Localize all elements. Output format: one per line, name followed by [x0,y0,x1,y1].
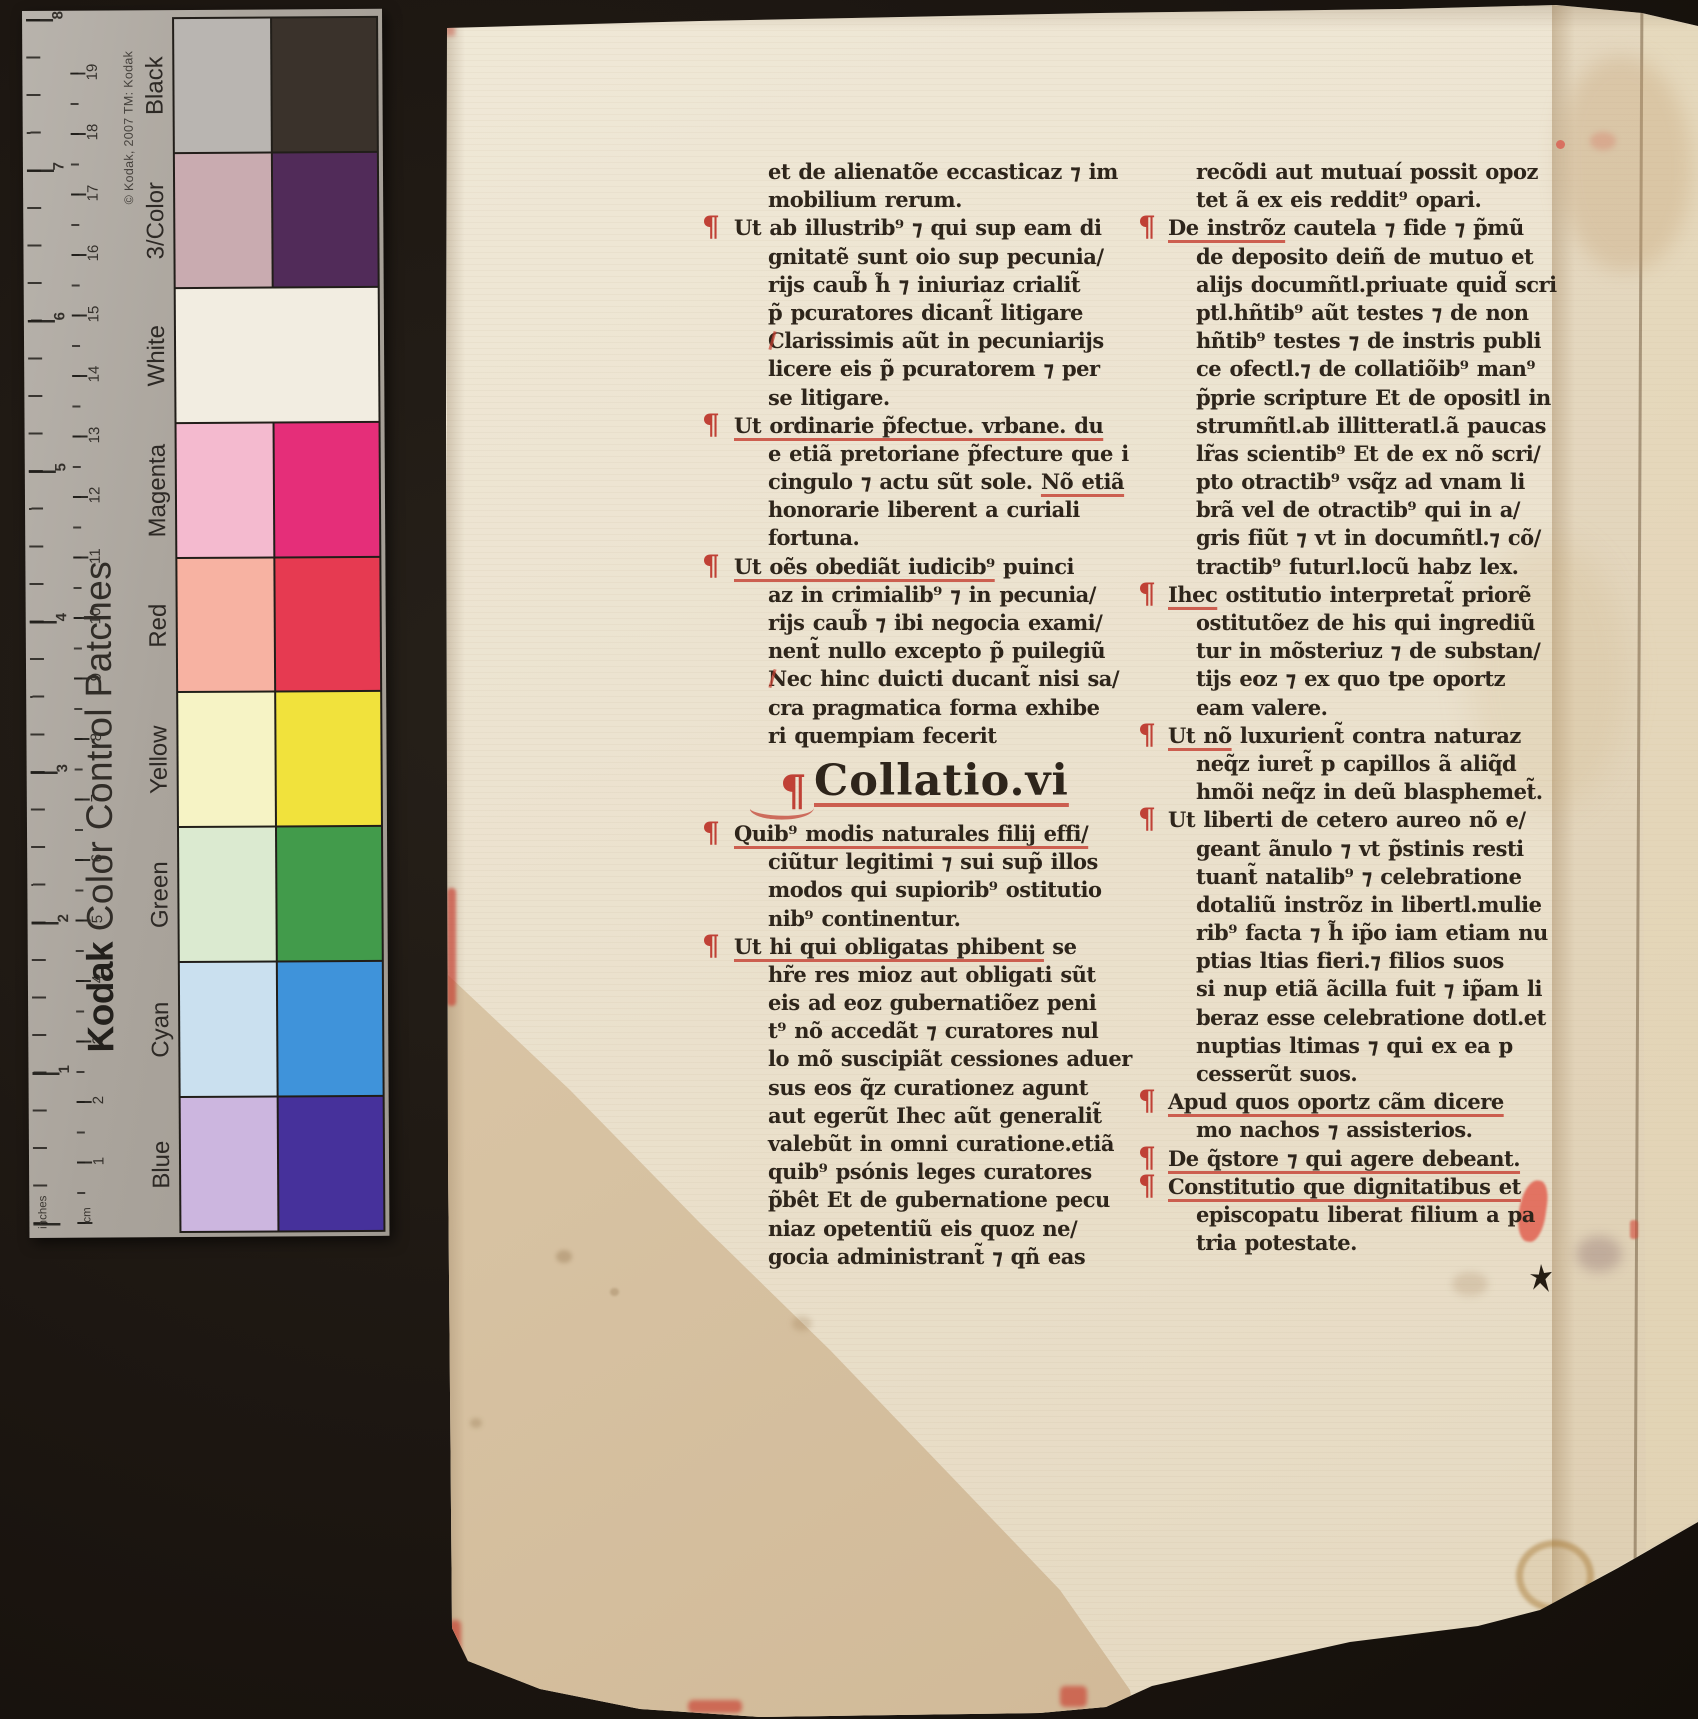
patch-red-solid [275,557,380,691]
text-line: ¶Quib⁹ modis naturales filij effi/ [702,820,1077,848]
rubricated-text: Ihec [1168,582,1217,607]
line-text: mobilium rerum. [768,187,962,212]
text-line: quib⁹ psónis leges curatores [702,1158,1077,1186]
paragraph-mark: ¶ [1138,1144,1155,1172]
line-text: ciũtur legitimi ⁊ sui sup̃ illos [768,849,1098,874]
line-text: niaz opetentiũ eis quoz ne/ [768,1216,1077,1241]
row-label-yellow: Yellow [144,693,175,826]
text-line: si nup etiã ãcilla fuit ⁊ ip̃am li [1138,975,1538,1003]
line-text: rijs caub̃ h̃ ⁊ iniuriaz crialit̃ [768,272,1080,297]
ink-splat [1530,1264,1552,1292]
line-text: Nec hinc duicti ducant̃ nisi sa/ [768,666,1119,691]
brand-rest: Color Control Patches [77,561,120,942]
text-line: ¶Apud quos oportz cãm dicere [1138,1088,1538,1116]
text-line: gocia administrant̃ ⁊ qñ eas [702,1243,1077,1271]
text-line: fortuna. [702,524,1077,552]
line-text: lr̃as scientib⁹ Et de ex nõ scri/ [1196,441,1540,466]
inch-number: 2 [55,906,72,930]
inch-number: 5 [52,455,69,479]
text-line: hmõi neq̃z in deũ blasphemet̃. [1138,778,1538,806]
text-line: rib⁹ facta ⁊ h̃ ip̃o iam etiam nu [1138,919,1538,947]
text-line: episcopatu liberat filium a pa [1138,1201,1538,1229]
line-text: Clarissimis aũt in pecuniarijs [768,328,1104,353]
line-text: p̃prie scripture Et de opositl in [1196,385,1551,410]
red-ink-mark [1630,1220,1638,1239]
text-line: nib⁹ continentur. [702,905,1077,933]
cm-number: 18 [84,120,101,144]
line-text: rib⁹ facta ⁊ h̃ ip̃o iam etiam nu [1196,920,1548,945]
text-line: mobilium rerum. [702,186,1077,214]
text-line: cingulo ⁊ actu sũt sole. Nõ etiã [702,468,1077,496]
line-text: hr̃e res mioz aut obligati sũt [768,962,1096,987]
text-line: ciũtur legitimi ⁊ sui sup̃ illos [702,848,1077,876]
text-line: eis ad eoz gubernatiõez peni [702,989,1077,1017]
red-edge-smear [449,1620,461,1662]
rubricated-text: De q̃store ⁊ qui agere debeant. [1168,1146,1520,1171]
line-text: eam valere. [1196,695,1327,720]
line-text: recõdi aut mutuaí possit opoz [1196,159,1538,184]
inch-number: 1 [56,1057,73,1081]
text-line: Nec hinc duicti ducant̃ nisi sa/ [702,665,1077,693]
patch-black-tint [174,18,271,151]
inch-number: 8 [49,3,66,27]
color-row-blue [181,1097,384,1231]
text-line: cesserũt suos. [1138,1060,1538,1088]
patch-red-tint [177,558,274,691]
rubricated-text: Apud quos oportz cãm dicere [1168,1089,1504,1114]
line-text: gris fiũt ⁊ vt in documñtl.⁊ cõ/ [1196,525,1541,550]
row-label-red: Red [143,559,174,692]
collatio-heading: ¶Collatio.vi [702,750,1077,820]
rubricated-text: Ut nõ [1168,723,1232,748]
text-line: hñtib⁹ testes ⁊ de instris publi [1138,327,1538,355]
paragraph-mark: ¶ [1138,580,1155,608]
ring-stain [1516,1540,1594,1612]
row-label-magenta: Magenta [143,424,174,557]
brown-spot [1452,1272,1488,1296]
text-line: rijs caub̃ h̃ ⁊ iniuriaz crialit̃ [702,271,1077,299]
text-column-right: recõdi aut mutuaí possit opoztet ã ex ei… [1138,158,1538,1257]
line-text: ostitutio interpretat̃ priorẽ [1217,582,1531,607]
inch-number: 7 [50,154,67,178]
row-label-cyan: Cyan [146,963,177,1096]
line-text: sus eos q̃z curationez agunt [768,1075,1088,1100]
text-line: tria potestate. [1138,1229,1538,1257]
text-line: p̃ pcuratores dicant̃ litigare [702,299,1077,327]
paragraph-mark: ¶ [702,932,719,960]
color-row-black [174,18,377,152]
patch-magenta-solid [275,423,380,557]
text-line: strumñtl.ab illitteratl.ã paucas [1138,412,1538,440]
cm-scale-numbers: 12345678910111213141516171819 [22,9,382,11]
row-label-green: Green [145,828,176,961]
cm-number: 2 [90,1088,107,1112]
line-text: gocia administrant̃ ⁊ qñ eas [768,1244,1085,1269]
text-line: rijs caub̃ ⁊ ibi negocia exami/ [702,609,1077,637]
rubricated-text: Ut ordinarie p̃fectue. vrbane. du [734,413,1103,438]
color-row-yellow [178,692,381,826]
line-text: ce ofectl.⁊ de collatiõib⁹ man⁹ [1196,356,1535,381]
color-row-magenta [177,423,380,557]
red-edge-smear [447,888,456,1006]
brown-spot [556,1250,572,1263]
text-line: ¶Constitutio que dignitatibus et [1138,1173,1538,1201]
heading-text: Collatio.vi [814,756,1069,806]
color-row-red [177,557,380,691]
cm-number: 17 [85,181,102,205]
line-text: et de alienatõe eccasticaz ⁊ im [768,159,1118,184]
line-text: e etiã pretoriane p̃fecture que i [768,441,1129,466]
line-text: p̃ pcuratores dicant̃ litigare [768,300,1083,325]
text-line: nuptias ltimas ⁊ qui ex ea p [1138,1032,1538,1060]
paragraph-mark: ¶ [702,411,719,439]
line-text: az in crimialib⁹ ⁊ in pecunia/ [768,582,1096,607]
text-line: geant ãnulo ⁊ vt p̃stinis resti [1138,835,1538,863]
line-text: beraz esse celebratione dotl.et [1196,1005,1546,1030]
cm-number: 13 [86,423,103,447]
line-text: nib⁹ continentur. [768,906,961,931]
line-text: se litigare. [768,385,890,410]
text-line: p̃bêt Et de gubernatione pecu [702,1186,1077,1214]
text-line: pto otractib⁹ vsq̃z ad vnam li [1138,468,1538,496]
line-text: ri quempiam fecerit [768,723,996,748]
text-line: ¶Ut hi qui obligatas phibent se [702,933,1077,961]
line-text: aut egerũt Ihec aũt generalit̃ [768,1103,1102,1128]
red-ink-dot [1556,140,1565,149]
line-text: dotaliũ instrõz in libertl.mulie [1196,892,1542,917]
line-text: fortuna. [768,525,859,550]
inch-number: 4 [53,605,70,629]
text-line: ¶Ut ab illustrib⁹ ⁊ qui sup eam di [702,214,1077,242]
line-text: alijs documñtl.priuate quid̃ scri [1196,272,1557,297]
line-text: ptias ltias fieri.⁊ filios suos [1196,948,1504,973]
line-text: neq̃z iuret̃ p capillos ã aliq̃d [1196,751,1516,776]
color-row-cyan [180,962,383,1096]
brown-spot [470,1418,482,1428]
cm-number: 12 [86,483,103,507]
line-text: tuant̃ natalib⁹ ⁊ celebratione [1196,864,1521,889]
patch-yellow-tint [178,693,275,826]
inch-number: 3 [54,756,71,780]
patch-cyan-tint [180,963,277,1096]
line-text: si nup etiã ãcilla fuit ⁊ ip̃am li [1196,976,1542,1001]
cm-number: 19 [84,60,101,84]
text-line: ¶De instrõz cautela ⁊ fide ⁊ p̃mũ [1138,214,1538,242]
text-line: gnitatẽ sunt oio sup pecunia/ [702,243,1077,271]
line-text: luxurient̃ contra naturaz [1232,723,1521,748]
patch-blue-solid [279,1097,384,1231]
kodak-color-card: 12345678 12345678910111213141516171819 i… [22,9,389,1238]
patch-white [176,288,379,422]
text-line: dotaliũ instrõz in libertl.mulie [1138,891,1538,919]
patch-yellow-solid [276,692,381,826]
left-edge-shading [447,24,465,1654]
cm-number: 14 [86,362,103,386]
line-text: tria potestate. [1196,1230,1357,1255]
patch-3-color-solid [273,153,378,287]
color-row-green [179,827,382,961]
line-text: cra pragmatica forma exhibe [768,695,1099,720]
red-edge-smear [1060,1686,1087,1707]
text-line: Clarissimis aũt in pecuniarijs [702,327,1077,355]
text-column-left: et de alienatõe eccasticaz ⁊ immobilium … [702,158,1077,1271]
text-line: neq̃z iuret̃ p capillos ã aliq̃d [1138,750,1538,778]
text-line: alijs documñtl.priuate quid̃ scri [1138,271,1538,299]
top-edge-shading [447,4,1687,30]
line-text: episcopatu liberat filium a pa [1196,1202,1535,1227]
paragraph-mark: ¶ [1138,721,1155,749]
scan-canvas: 12345678 12345678910111213141516171819 i… [0,0,1698,1719]
text-line: e etiã pretoriane p̃fecture que i [702,440,1077,468]
paragraph-mark: ¶ [1138,213,1155,241]
paragraph-mark: ¶ [1138,805,1155,833]
text-line: mo nachos ⁊ assisterios. [1138,1116,1538,1144]
patch-grid [172,16,385,1233]
text-line: az in crimialib⁹ ⁊ in pecunia/ [702,581,1077,609]
text-line: valebũt in omni curatione.etiã [702,1130,1077,1158]
text-line: tet ã ex eis reddit⁹ opari. [1138,186,1538,214]
line-text: ostitutõez de his qui ingrediũ [1196,610,1535,635]
line-text: nent̃ nullo excepto p̃ puilegiũ [768,638,1105,663]
paragraph-mark: ¶ [702,213,719,241]
text-line: tur in mõsteriuz ⁊ de substan/ [1138,637,1538,665]
patch-row-labels: Black3/ColorWhiteMagentaRedYellowGreenCy… [22,9,382,11]
line-text: Ut ab illustrib⁹ ⁊ qui sup eam di [734,215,1101,240]
text-line: recõdi aut mutuaí possit opoz [1138,158,1538,186]
brand-kodak: Kodak [80,942,122,1053]
line-text: cingulo ⁊ actu sũt sole. [768,469,1041,494]
line-text: brã vel de otractib⁹ qui in a/ [1196,497,1520,522]
text-line: aut egerũt Ihec aũt generalit̃ [702,1102,1077,1130]
text-line: lo mõ suscipiãt cessiones aduer [702,1045,1077,1073]
cm-label: cm [81,1163,93,1223]
line-text: puinci [995,554,1074,579]
text-line: et de alienatõe eccasticaz ⁊ im [702,158,1077,186]
line-text: de deposito deiñ de mutuo et [1196,244,1533,269]
rubricated-text: Constitutio que dignitatibus et [1168,1174,1521,1199]
rubricated-text: Quib⁹ modis naturales filij effi/ [734,821,1088,846]
line-text: licere eis p̃ pcuratorem ⁊ per [768,356,1100,381]
copyright-text: © Kodak, 2007 TM: Kodak [121,24,140,204]
brown-spot [610,1288,619,1296]
text-line: ¶Ut ordinarie p̃fectue. vrbane. du [702,412,1077,440]
text-line: eam valere. [1138,694,1538,722]
text-line: ¶Ut liberti de cetero aureo nõ e/ [1138,806,1538,834]
line-text: cesserũt suos. [1196,1061,1357,1086]
patch-cyan-solid [278,962,383,1096]
text-line: ostitutõez de his qui ingrediũ [1138,609,1538,637]
line-text: honorarie liberent a curiali [768,497,1080,522]
text-line: ptias ltias fieri.⁊ filios suos [1138,947,1538,975]
patch-3-color-tint [175,153,272,286]
text-line: licere eis p̃ pcuratorem ⁊ per [702,355,1077,383]
line-text: pto otractib⁹ vsq̃z ad vnam li [1196,469,1525,494]
text-line: brã vel de otractib⁹ qui in a/ [1138,496,1538,524]
color-row-3-color [175,153,378,287]
inches-label: inches [37,1169,49,1229]
line-text: rijs caub̃ ⁊ ibi negocia exami/ [768,610,1102,635]
line-text: eis ad eoz gubernatiõez peni [768,990,1096,1015]
rubricated-text: Ut oẽs obediãt iudicib⁹ [734,554,995,579]
row-label-blue: Blue [147,1098,178,1231]
text-line: t⁹ nõ accedãt ⁊ curatores nul [702,1017,1077,1045]
text-line: cra pragmatica forma exhibe [702,694,1077,722]
line-text: valebũt in omni curatione.etiã [768,1131,1114,1156]
text-line: nent̃ nullo excepto p̃ puilegiũ [702,637,1077,665]
patch-green-solid [277,827,382,961]
paragraph-mark: ¶ [702,819,719,847]
text-line: de deposito deiñ de mutuo et [1138,243,1538,271]
rubricated-text: Ut hi qui obligatas phibent [734,934,1044,959]
line-text: p̃bêt Et de gubernatione pecu [768,1187,1110,1212]
line-text: se [1044,934,1077,959]
red-edge-smear [688,1700,742,1713]
line-text: hñtib⁹ testes ⁊ de instris publi [1196,328,1541,353]
patch-black-solid [272,18,377,152]
text-line: ptl.hñtib⁹ aũt testes ⁊ de non [1138,299,1538,327]
line-text: tet ã ex eis reddit⁹ opari. [1196,187,1481,212]
paragraph-mark: ¶ [1138,1172,1155,1200]
line-text: hmõi neq̃z in deũ blasphemet̃. [1196,779,1543,804]
patch-magenta-tint [177,423,274,556]
color-row-white [176,288,379,422]
line-text: t⁹ nõ accedãt ⁊ curatores nul [768,1018,1098,1043]
text-line: se litigare. [702,384,1077,412]
text-line: ¶Ut oẽs obediãt iudicib⁹ puinci [702,553,1077,581]
cm-number: 16 [85,241,102,265]
patch-blue-tint [181,1098,278,1231]
inch-number: 6 [51,304,68,328]
line-text: tur in mõsteriuz ⁊ de substan/ [1196,638,1540,663]
line-text: lo mõ suscipiãt cessiones aduer [768,1046,1132,1071]
text-line: tijs eoz ⁊ ex quo tpe oportz [1138,665,1538,693]
stain-pink [1590,132,1616,150]
paragraph-mark: ¶ [1138,1087,1155,1115]
text-line: ¶Ut nõ luxurient̃ contra naturaz [1138,722,1538,750]
smudge-purple [1576,1236,1622,1272]
text-line: lr̃as scientib⁹ Et de ex nõ scri/ [1138,440,1538,468]
text-line: honorarie liberent a curiali [702,496,1077,524]
text-line: beraz esse celebratione dotl.et [1138,1004,1538,1032]
line-text: tijs eoz ⁊ ex quo tpe oportz [1196,666,1505,691]
text-line: ¶Ihec ostitutio interpretat̃ priorẽ [1138,581,1538,609]
row-label-white: White [142,289,173,422]
line-text: geant ãnulo ⁊ vt p̃stinis resti [1196,836,1524,861]
brand-text: Kodak Color Control Patches [77,552,138,1052]
line-text: nuptias ltimas ⁊ qui ex ea p [1196,1033,1513,1058]
text-line: ce ofectl.⁊ de collatiõib⁹ man⁹ [1138,355,1538,383]
text-line: tractib⁹ futurl.locũ habz lex. [1138,553,1538,581]
text-line: tuant̃ natalib⁹ ⁊ celebratione [1138,863,1538,891]
text-line: niaz opetentiũ eis quoz ne/ [702,1215,1077,1243]
line-text: ptl.hñtib⁹ aũt testes ⁊ de non [1196,300,1529,325]
line-text: gnitatẽ sunt oio sup pecunia/ [768,244,1104,269]
text-line: hr̃e res mioz aut obligati sũt [702,961,1077,989]
text-line: modos qui supiorib⁹ ostitutio [702,876,1077,904]
row-label-3-color: 3/Color [141,154,172,287]
brown-spot [792,1316,812,1331]
rubricated-text: Nõ etiã [1041,469,1124,494]
line-text: mo nachos ⁊ assisterios. [1196,1117,1473,1142]
patch-green-tint [179,828,276,961]
line-text: strumñtl.ab illitteratl.ã paucas [1196,413,1546,438]
line-text: modos qui supiorib⁹ ostitutio [768,877,1101,902]
line-text: Ut liberti de cetero aureo nõ e/ [1168,807,1526,832]
text-line: gris fiũt ⁊ vt in documñtl.⁊ cõ/ [1138,524,1538,552]
rubricated-text: De instrõz [1168,215,1285,240]
paragraph-mark: ¶ [702,552,719,580]
line-text: tractib⁹ futurl.locũ habz lex. [1196,554,1518,579]
line-text: cautela ⁊ fide ⁊ p̃mũ [1285,215,1524,240]
text-line: ¶De q̃store ⁊ qui agere debeant. [1138,1145,1538,1173]
line-text: quib⁹ psónis leges curatores [768,1159,1092,1184]
row-label-black: Black [140,19,171,152]
cm-number: 15 [85,302,102,326]
text-line: sus eos q̃z curationez agunt [702,1074,1077,1102]
inch-scale-numbers: 12345678 [22,9,382,11]
red-edge-smear [445,24,455,36]
text-line: p̃prie scripture Et de opositl in [1138,384,1538,412]
text-line: ri quempiam fecerit [702,722,1077,750]
